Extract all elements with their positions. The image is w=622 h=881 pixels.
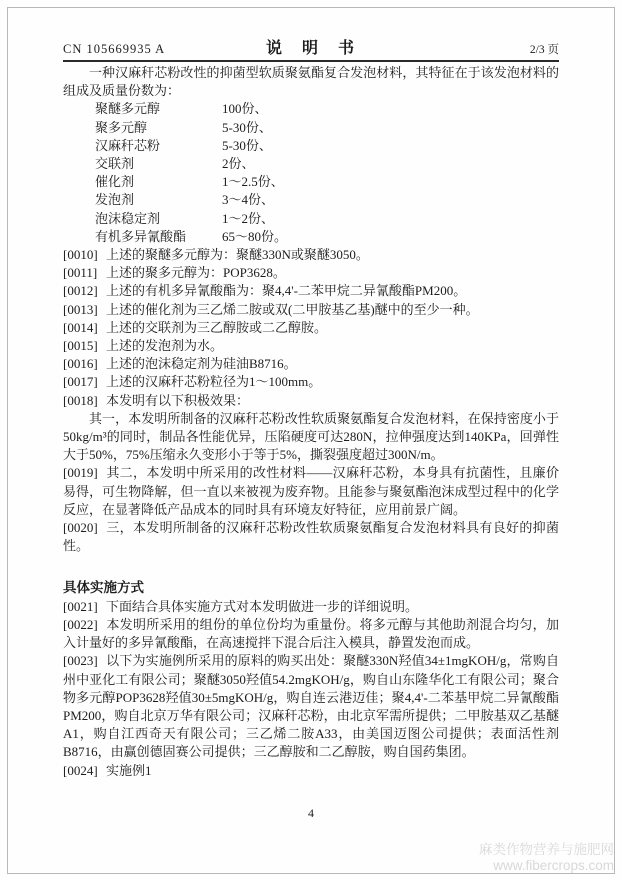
paragraph-0021: [0021]下面结合具体实施方式对本发明做进一步的详细说明。 — [63, 598, 559, 616]
para-text: 以下为实施例所采用的原料的购买出处：聚醚330N羟值34±1mgKOH/g，常购… — [63, 653, 559, 759]
ingredient-row: 聚多元醇5-30份、 — [63, 119, 559, 137]
document-body: 一种汉麻秆芯粉改性的抑菌型软质聚氨酯复合发泡材料，其特征在于该发泡材料的组成及质… — [63, 64, 559, 780]
ingredient-amount: 100份、 — [222, 101, 268, 116]
header-rule — [63, 60, 559, 62]
para-tag: [0022] — [63, 616, 101, 634]
para-tag: [0021] — [63, 598, 101, 616]
ingredient-amount: 5-30份、 — [222, 120, 272, 135]
page-header: CN 105669935 A 说 明 书 2/3 页 — [63, 36, 559, 60]
ingredient-amount: 65～80份。 — [222, 229, 287, 244]
para-tag: [0010] — [63, 246, 101, 264]
para-tag: [0015] — [63, 337, 101, 355]
paragraph-0017: [0017]上述的汉麻秆芯粉粒径为1～100mm。 — [63, 373, 559, 391]
ingredient-row: 泡沫稳定剂1～2份、 — [63, 210, 559, 228]
para-text: 上述的汉麻秆芯粉粒径为1～100mm。 — [106, 374, 321, 389]
para-text: 本发明有以下积极效果： — [106, 393, 249, 408]
ingredient-name: 有机多异氰酸酯 — [95, 228, 222, 246]
para-text: 其二，本发明中所采用的改性材料——汉麻秆芯粉，本身具有抗菌性，且廉价易得，可生物… — [63, 465, 559, 516]
para-tag: [0018] — [63, 392, 101, 410]
paragraph-effect-1: 其一，本发明所制备的汉麻秆芯粉改性软质聚氨酯复合发泡材料，在保持密度小于50kg… — [63, 410, 559, 465]
paragraph-0015: [0015]上述的发泡剂为水。 — [63, 337, 559, 355]
para-text: 上述的发泡剂为水。 — [106, 338, 223, 353]
para-tag: [0017] — [63, 373, 101, 391]
ingredient-amount: 5-30份、 — [222, 138, 272, 153]
ingredient-amount: 3～4份、 — [222, 192, 274, 207]
watermark-site-url: www.fibercrops.com — [479, 858, 614, 874]
page-number: 4 — [0, 806, 622, 821]
para-text: 上述的聚醚多元醇为：聚醚330N或聚醚3050。 — [106, 247, 369, 262]
paragraph-0010: [0010]上述的聚醚多元醇为：聚醚330N或聚醚3050。 — [63, 246, 559, 264]
ingredients-list: 聚醚多元醇100份、 聚多元醇5-30份、 汉麻秆芯粉5-30份、 交联剂2份、… — [63, 100, 559, 246]
ingredient-name: 催化剂 — [95, 173, 222, 191]
watermark: 麻类作物营养与施肥网 www.fibercrops.com — [479, 842, 614, 873]
para-text: 三，本发明所制备的汉麻秆芯粉改性软质聚氨酯复合发泡材料具有良好的抑菌性。 — [63, 520, 559, 553]
section-heading-detailed-description: 具体实施方式 — [63, 555, 559, 597]
patent-specification-page: CN 105669935 A 说 明 书 2/3 页 一种汉麻秆芯粉改性的抑菌型… — [0, 0, 622, 881]
paragraph-0024: [0024]实施例1 — [63, 762, 559, 780]
ingredient-row: 催化剂1～2.5份、 — [63, 173, 559, 191]
ingredient-row: 汉麻秆芯粉5-30份、 — [63, 137, 559, 155]
ingredient-name: 发泡剂 — [95, 191, 222, 209]
ingredient-row: 聚醚多元醇100份、 — [63, 100, 559, 118]
paragraph-0016: [0016]上述的泡沫稳定剂为硅油B8716。 — [63, 355, 559, 373]
ingredient-amount: 1～2份、 — [222, 211, 274, 226]
ingredient-amount: 1～2.5份、 — [222, 174, 284, 189]
watermark-site-name: 麻类作物营养与施肥网 — [479, 842, 614, 858]
para-text: 上述的有机多异氰酸酯为：聚4,4'-二苯甲烷二异氰酸酯PM200。 — [106, 283, 466, 298]
paragraph-0020: [0020]三，本发明所制备的汉麻秆芯粉改性软质聚氨酯复合发泡材料具有良好的抑菌… — [63, 519, 559, 555]
ingredient-name: 汉麻秆芯粉 — [95, 137, 222, 155]
paragraph-0013: [0013]上述的催化剂为三乙烯二胺或双(二甲胺基乙基)醚中的至少一种。 — [63, 301, 559, 319]
ingredient-row: 有机多异氰酸酯65～80份。 — [63, 228, 559, 246]
ingredient-row: 交联剂2份、 — [63, 155, 559, 173]
para-tag: [0019] — [63, 464, 101, 482]
para-tag: [0016] — [63, 355, 101, 373]
paragraph-0012: [0012]上述的有机多异氰酸酯为：聚4,4'-二苯甲烷二异氰酸酯PM200。 — [63, 282, 559, 300]
para-text: 上述的泡沫稳定剂为硅油B8716。 — [106, 356, 297, 371]
para-tag: [0023] — [63, 652, 101, 670]
para-tag: [0024] — [63, 762, 101, 780]
para-tag: [0013] — [63, 301, 101, 319]
paragraph-0011: [0011]上述的聚多元醇为：POP3628。 — [63, 264, 559, 282]
para-text: 下面结合具体实施方式对本发明做进一步的详细说明。 — [106, 599, 418, 614]
ingredient-name: 聚醚多元醇 — [95, 100, 222, 118]
ingredient-amount: 2份、 — [222, 156, 255, 171]
paragraph-0023: [0023]以下为实施例所采用的原料的购买出处：聚醚330N羟值34±1mgKO… — [63, 652, 559, 761]
paragraph-0019: [0019]其二，本发明中所采用的改性材料——汉麻秆芯粉，本身具有抗菌性，且廉价… — [63, 464, 559, 519]
para-tag: [0012] — [63, 282, 101, 300]
para-text: 上述的催化剂为三乙烯二胺或双(二甲胺基乙基)醚中的至少一种。 — [106, 302, 479, 317]
para-tag: [0014] — [63, 319, 101, 337]
para-text: 上述的聚多元醇为：POP3628。 — [106, 265, 286, 280]
para-text: 上述的交联剂为三乙醇胺或二乙醇胺。 — [106, 320, 327, 335]
ingredient-name: 泡沫稳定剂 — [95, 210, 222, 228]
claim-intro: 一种汉麻秆芯粉改性的抑菌型软质聚氨酯复合发泡材料，其特征在于该发泡材料的组成及质… — [63, 64, 559, 100]
ingredient-row: 发泡剂3～4份、 — [63, 191, 559, 209]
paragraph-0022: [0022]本发明所采用的组份的单位份均为重量份。将多元醇与其他助剂混合均匀，加… — [63, 616, 559, 652]
ingredient-name: 交联剂 — [95, 155, 222, 173]
paragraph-0018: [0018]本发明有以下积极效果： — [63, 392, 559, 410]
page-indicator: 2/3 页 — [530, 41, 559, 57]
ingredient-name: 聚多元醇 — [95, 119, 222, 137]
para-text: 本发明所采用的组份的单位份均为重量份。将多元醇与其他助剂混合均匀，加入计量好的多… — [63, 617, 559, 650]
document-title: 说 明 书 — [63, 35, 559, 58]
para-tag: [0020] — [63, 519, 101, 537]
para-tag: [0011] — [63, 264, 101, 282]
para-text: 实施例1 — [106, 763, 152, 778]
paragraph-0014: [0014]上述的交联剂为三乙醇胺或二乙醇胺。 — [63, 319, 559, 337]
